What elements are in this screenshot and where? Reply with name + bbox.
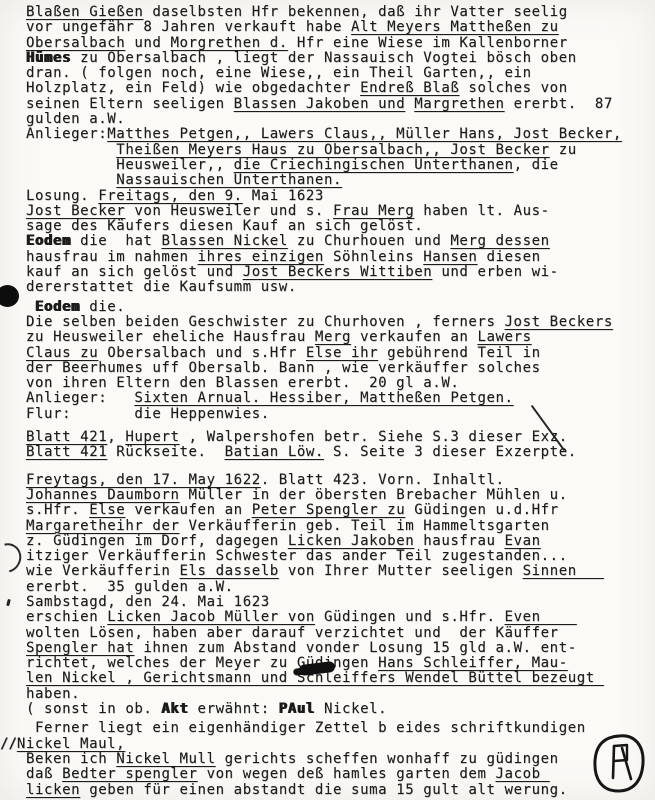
text-line: Blatt 421 Rückseite. Batian Löw. S. Seit…: [26, 445, 651, 460]
text-segment: gulden a.W.: [26, 111, 125, 127]
handwritten-arc-mark: [0, 538, 27, 578]
text-segment: Rückseite.: [107, 444, 224, 460]
text-segment: Güdingen u.d.Hfr: [405, 502, 559, 518]
text-segment: ererbt. 35 gulden a.W.: [26, 579, 234, 595]
text-segment: sage des Käufers diesen Kauf an sich gel…: [26, 218, 423, 234]
underlined-text: Frau Merg: [333, 203, 414, 219]
overstruck-text: Eodem: [35, 299, 80, 315]
text-segment: Flur: die Heppenwies.: [26, 406, 270, 422]
text-segment: dran. ( folgen noch, eine Wiese,, ein Th…: [26, 65, 532, 81]
text-segment: daselbsten Hfr bekennen, daß ihr Vatter …: [143, 4, 567, 20]
underlined-text: Els dasselb: [180, 563, 279, 579]
underlined-text: Morgrethen d.: [170, 35, 287, 51]
underlined-text: Obersalbach: [26, 35, 125, 51]
text-segment: Anlieger:: [26, 390, 134, 406]
text-segment: dererstattet die Kaufsumm usw.: [26, 279, 297, 295]
underlined-text: die Criechingischen Unterthanen: [234, 157, 514, 173]
text-segment: solches von: [459, 80, 567, 96]
underlined-text: Blaßen Gießen: [26, 4, 143, 20]
overstruck-text: Eodem: [26, 233, 71, 249]
underlined-text: Sixten Arnual. Hessiber, Mattheßen Petge…: [134, 390, 513, 406]
text-segment: die hat: [71, 233, 161, 249]
underlined-text: Licken Jacob Müller von: [107, 609, 315, 625]
text-segment: wolten Lösen, haben aber darauf verzicht…: [26, 625, 559, 641]
text-segment: [26, 142, 116, 158]
text-segment: Ferner liegt ein eigenhändiger Zettel b …: [26, 720, 586, 736]
text-segment: hausfrau im nahmen: [26, 249, 198, 265]
text-segment: haben lt. Aus-: [414, 203, 549, 219]
underlined-text: Nickel Mull: [116, 751, 215, 767]
underlined-text: Licken Jakoben: [288, 533, 414, 549]
underlined-text: Claus zu: [26, 345, 98, 361]
text-segment: seinen Eltern seeligen: [26, 96, 234, 112]
text-segment: Söhnleins: [324, 249, 423, 265]
underlined-text: Jacob: [496, 766, 550, 782]
text-line: Johannes Daumborn Müller in der öbersten…: [26, 488, 651, 503]
underlined-text: Else ihr: [306, 345, 378, 361]
underlined-text: Hans Schleiffer, Mau-: [378, 655, 568, 671]
text-line: Jost Becker von Heusweiler und s. Frau M…: [26, 204, 651, 219]
text-line: daß Bedter spengler von wegen deß hamles…: [26, 767, 651, 782]
underlined-text: Bedter spengler: [62, 766, 197, 782]
text-line: Eodem die hat Blassen Nickel zu Churhoue…: [26, 234, 651, 249]
text-line: Hümes zu Obersalbach , liegt der Nassaui…: [26, 51, 651, 66]
underlined-text: Jost Beckers: [505, 314, 613, 330]
text-segment: geben für einen abstandt die suma 15 gul…: [80, 782, 568, 798]
overstruck-text: Hümes: [26, 50, 71, 66]
underlined-text: Merg: [315, 329, 351, 345]
text-segment: . Blatt 423. Vorn. Inhaltl.: [261, 472, 505, 488]
text-line: wolten Lösen, haben aber darauf verzicht…: [26, 626, 651, 641]
text-segment: verkaufen an: [351, 329, 477, 345]
text-segment: hausfrau: [414, 533, 504, 549]
text-line: licken geben für einen abstandt die suma…: [26, 783, 651, 798]
text-line: hausfrau im nahmen ihres einzigen Söhnle…: [26, 250, 651, 265]
text-segment: und: [125, 35, 170, 51]
underlined-text: Batian Löw.: [225, 444, 324, 460]
text-line: gulden a.W.: [26, 112, 651, 127]
text-segment: von Heusweiler und s.: [125, 203, 333, 219]
text-segment: z. Güdingen im Dorf, dagegen: [26, 533, 288, 549]
text-segment: Heusweiler,,: [26, 157, 234, 173]
text-segment: zu Obersalbach , liegt der Nassauisch Vo…: [71, 50, 577, 66]
underlined-text: Matthes Petgen,, Lawers Claus,, Müller H…: [107, 126, 622, 142]
underlined-text: Spengler hat: [26, 640, 134, 656]
text-line: Margaretheihr der Verkäufferin geb. Teil…: [26, 519, 651, 534]
text-line: sage des Käufers diesen Kauf an sich gel…: [26, 219, 651, 234]
text-segment: zu Churhouen und: [288, 233, 451, 249]
text-line: Holzplatz, ein Feld) wie obgedachter End…: [26, 81, 651, 96]
text-line: Die selben beiden Geschwister zu Churhov…: [26, 315, 651, 330]
text-segment: haben.: [26, 686, 80, 702]
text-segment: gebührend Teil in: [378, 345, 541, 361]
text-segment: Die selben beiden Geschwister zu Churhov…: [26, 314, 505, 330]
text-line: ererbt. 35 gulden a.W.: [26, 580, 651, 595]
underlined-text: Blatt 421: [26, 429, 107, 445]
text-segment: vor ungefähr 8 Jahren verkauft habe: [26, 19, 351, 35]
text-segment: gerichts scheffen wonhaff zu güdingen: [216, 751, 559, 767]
text-line: Beken ich Nickel Mull gerichts scheffen …: [26, 752, 651, 767]
text-line: Spengler hat ihnen zum Abstand vonder Lo…: [26, 641, 651, 656]
underlined-text: Nassauischen Unterthanen.: [116, 172, 342, 188]
text-segment: Müller in der öbersten Brebacher Mühlen …: [180, 487, 568, 503]
text-line: vor ungefähr 8 Jahren verkauft habe Alt …: [26, 20, 651, 35]
text-segment: zu Heusweiler eheliche Hausfrau: [26, 329, 315, 345]
text-segment: verkaufen an: [125, 502, 251, 518]
text-segment: Holzplatz, ein Feld) wie obgedachter: [26, 80, 360, 96]
underlined-text: Hansen: [423, 249, 477, 265]
underlined-text: Margrethen: [414, 96, 504, 112]
text-segment: ihnen zum Abstand vonder Losung 15 gld a…: [134, 640, 576, 656]
underlined-text: Even: [505, 609, 577, 625]
text-line: kauf an sich gelöst und Jost Beckers Wit…: [26, 265, 651, 280]
underlined-text: Endreß Blaß: [360, 80, 459, 96]
text-segment: erwähnt:: [189, 701, 279, 717]
text-segment: wie Verkäufferin: [26, 563, 180, 579]
handwritten-text: //: [0, 736, 17, 752]
underlined-text: Hupert: [125, 429, 179, 445]
text-segment: s.Hfr.: [26, 502, 89, 518]
text-line: dran. ( folgen noch, eine Wiese,, ein Th…: [26, 66, 651, 81]
underlined-text: licken: [26, 782, 80, 798]
text-line: der Beerhumes uff Obersalb. Bann , wie v…: [26, 361, 651, 376]
text-segment: Güdingen und s.Hfr.: [315, 609, 505, 625]
text-segment: diesen: [477, 249, 540, 265]
text-line: Claus zu Obersalbach und s.Hfr Else ihr …: [26, 346, 651, 361]
underlined-text: Alt Meyers Mattheßen zu: [351, 19, 559, 35]
text-line: von ihren Eltern den Blassen ererbt. 20 …: [26, 376, 651, 391]
text-segment: Anlieger:: [26, 126, 107, 142]
underlined-text: Else: [89, 502, 125, 518]
circled-paraph-mark: [590, 731, 650, 797]
text-line: Freytags, den 17. May 1622. Blatt 423. V…: [26, 473, 651, 488]
text-segment: zu: [550, 142, 577, 158]
underlined-text: Johannes Daumborn: [26, 487, 180, 503]
text-line: haben.: [26, 687, 651, 702]
text-segment: [26, 172, 116, 188]
typewritten-text-block: Blaßen Gießen daselbsten Hfr bekennen, d…: [26, 5, 651, 798]
text-line: Losung. Freitags, den 9. Mai 1623: [26, 189, 651, 204]
text-segment: von wegen deß hamles garten dem: [198, 766, 496, 782]
text-segment: Nickel.: [315, 701, 387, 717]
text-segment: Beken ich: [26, 751, 116, 767]
text-segment: ( sonst in ob.: [26, 701, 161, 717]
underlined-text: Peter Spengler zu: [252, 502, 406, 518]
text-line: Blaßen Gießen daselbsten Hfr bekennen, d…: [26, 5, 651, 20]
text-line: Nassauischen Unterthanen.: [26, 173, 651, 188]
text-line: dererstattet die Kaufsumm usw.: [26, 280, 651, 295]
underlined-text: Freytags, den 17. May 1622: [26, 472, 261, 488]
text-segment: Hfr eine Wiese im Kallenborner: [288, 35, 568, 51]
text-segment: Verkäufferin geb. Teil im Hammeltsgarten: [180, 518, 550, 534]
underlined-text: Merg dessen: [450, 233, 549, 249]
underlined-text: Blassen Nickel: [161, 233, 287, 249]
underlined-text: Freitags, den 9.: [98, 188, 242, 204]
text-line: Heusweiler,, die Criechingischen Unterth…: [26, 158, 651, 173]
text-line: //Nickel Maul,: [0, 737, 651, 752]
underlined-text: Sinnen: [523, 563, 604, 579]
text-line: seinen Eltern seeligen Blassen Jakoben u…: [26, 97, 651, 112]
underlined-text: Blassen Jakoben und: [234, 96, 406, 112]
text-segment: Sambstagd, den 24. Mai 1623: [26, 594, 270, 610]
text-segment: von Ihrer Mutter seeligen: [279, 563, 523, 579]
text-segment: S. Seite 3 dieser Exzerpte.: [324, 444, 577, 460]
text-segment: die.: [80, 299, 125, 315]
text-line: Anlieger: Sixten Arnual. Hessiber, Matth…: [26, 391, 651, 406]
text-segment: von ihren Eltern den Blassen ererbt. 20 …: [26, 375, 459, 391]
underlined-text: ihres einzigen: [198, 249, 324, 265]
text-line: Eodem die.: [26, 300, 651, 315]
text-line: erschien Licken Jacob Müller von Güdinge…: [26, 610, 651, 625]
text-segment: [405, 96, 414, 112]
text-line: richtet, welches der Meyer zu Güdingen H…: [26, 656, 651, 671]
margin-tick-mark: [6, 599, 10, 606]
text-segment: daß: [26, 766, 62, 782]
text-segment: , die: [514, 157, 559, 173]
text-line: ( sonst in ob. Akt erwähnt: PAul Nickel.: [26, 702, 651, 717]
text-segment: Mai 1623: [243, 188, 324, 204]
text-segment: kauf an sich gelöst und: [26, 264, 243, 280]
underlined-text: Evan: [505, 533, 541, 549]
underlined-text: Lawers: [477, 329, 531, 345]
text-segment: [26, 299, 35, 315]
hole-punch-mark: [0, 285, 19, 307]
underlined-text: Margaretheihr der: [26, 518, 180, 534]
text-segment: der Beerhumes uff Obersalb. Bann , wie v…: [26, 360, 541, 376]
scanned-document-page: Blaßen Gießen daselbsten Hfr bekennen, d…: [0, 0, 655, 800]
text-line: s.Hfr. Else verkaufen an Peter Spengler …: [26, 503, 651, 518]
text-line: Anlieger:Matthes Petgen,, Lawers Claus,,…: [26, 127, 651, 142]
text-line: Ferner liegt ein eigenhändiger Zettel b …: [26, 721, 651, 736]
text-line: Obersalbach und Morgrethen d. Hfr eine W…: [26, 36, 651, 51]
text-line: zu Heusweiler eheliche Hausfrau Merg ver…: [26, 330, 651, 345]
text-line: wie Verkäufferin Els dasselb von Ihrer M…: [26, 564, 651, 579]
text-segment: itziger Verkäufferin Schwester das ander…: [26, 548, 568, 564]
underlined-text: Blatt 421: [26, 444, 107, 460]
text-segment: und erben wi-: [432, 264, 558, 280]
text-line: Flur: die Heppenwies.: [26, 407, 651, 422]
underlined-text: Jost Beckers Wittiben: [243, 264, 433, 280]
text-segment: ererbt. 87: [505, 96, 613, 112]
text-line: z. Güdingen im Dorf, dagegen Licken Jako…: [26, 534, 651, 549]
text-line: Theißen Meyers Haus zu Obersalbach,, Jos…: [26, 143, 651, 158]
underlined-text: Nickel Maul,: [17, 736, 125, 752]
text-segment: erschien: [26, 609, 107, 625]
underlined-text: Theißen Meyers Haus zu Obersalbach,, Jos…: [116, 142, 549, 158]
text-segment: , Walpershofen betr. Siehe S.3 dieser Ex…: [180, 429, 568, 445]
text-segment: Losung.: [26, 188, 98, 204]
overstruck-text: Akt: [161, 701, 188, 717]
text-segment: ,: [107, 429, 125, 445]
overstruck-text: PAul: [279, 701, 315, 717]
underlined-text: Jost Becker: [26, 203, 125, 219]
text-line: Sambstagd, den 24. Mai 1623: [26, 595, 651, 610]
text-line: itziger Verkäufferin Schwester das ander…: [26, 549, 651, 564]
text-segment: Obersalbach und s.Hfr: [98, 345, 306, 361]
text-line: len Nickel , Gerichtsmann und Schleiffer…: [26, 671, 651, 686]
